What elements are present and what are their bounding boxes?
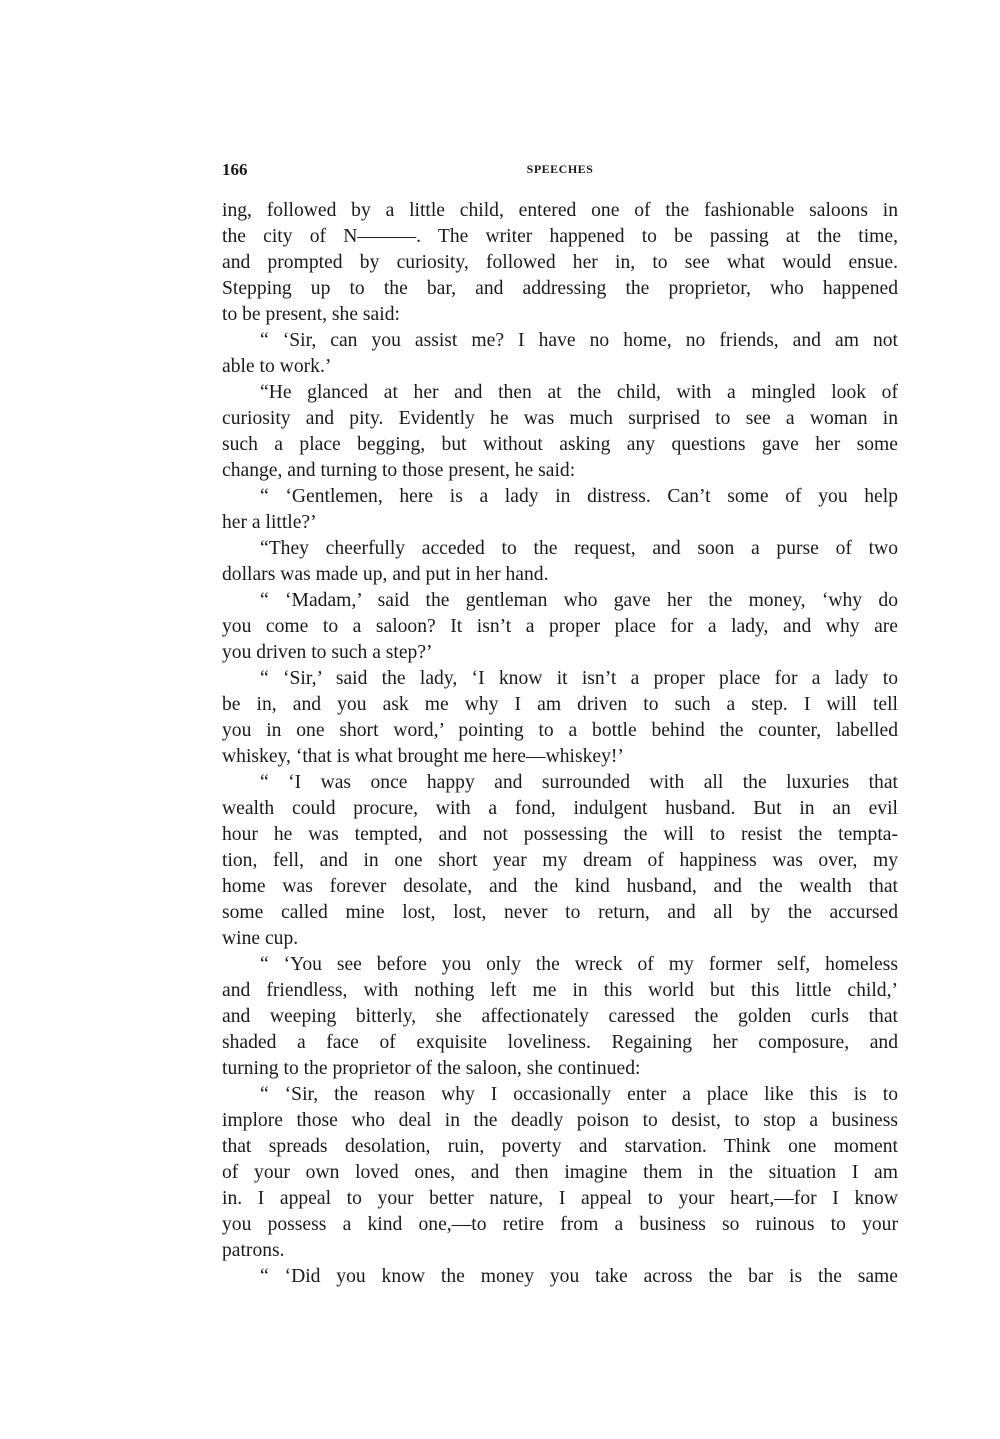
running-head: 166 SPEECHES — [222, 160, 898, 184]
text-line: “ ‘Did you know the money you take acros… — [222, 1264, 898, 1290]
text-line: whiskey, ‘that is what brought me here—w… — [222, 744, 898, 770]
text-line: you in one short word,’ pointing to a bo… — [222, 718, 898, 744]
text-line: and weeping bitterly, she affectionately… — [222, 1004, 898, 1030]
text-line: tion, fell, and in one short year my dre… — [222, 848, 898, 874]
text-line: “They cheerfully acceded to the request,… — [222, 536, 898, 562]
text-line: “ ‘Sir, the reason why I occasionally en… — [222, 1082, 898, 1108]
text-line: able to work.’ — [222, 354, 898, 380]
text-line: the city of N———. The writer happened to… — [222, 224, 898, 250]
text-line: patrons. — [222, 1238, 898, 1264]
text-line: such a place begging, but without asking… — [222, 432, 898, 458]
text-line: her a little?’ — [222, 510, 898, 536]
text-line: curiosity and pity. Evidently he was muc… — [222, 406, 898, 432]
text-line: and prompted by curiosity, followed her … — [222, 250, 898, 276]
text-line: “ ‘Sir, can you assist me? I have no hom… — [222, 328, 898, 354]
text-line: some called mine lost, lost, never to re… — [222, 900, 898, 926]
text-line: shaded a face of exquisite loveliness. R… — [222, 1030, 898, 1056]
text-line: home was forever desolate, and the kind … — [222, 874, 898, 900]
book-page: 166 SPEECHES ing, followed by a little c… — [222, 160, 898, 1290]
text-line: you driven to such a step?’ — [222, 640, 898, 666]
text-line: that spreads desolation, ruin, poverty a… — [222, 1134, 898, 1160]
text-line: Stepping up to the bar, and addressing t… — [222, 276, 898, 302]
text-line: “ ‘Madam,’ said the gentleman who gave h… — [222, 588, 898, 614]
text-line: you possess a kind one,—to retire from a… — [222, 1212, 898, 1238]
running-title: SPEECHES — [222, 162, 898, 177]
text-line: “ ‘You see before you only the wreck of … — [222, 952, 898, 978]
text-line: “ ‘Gentlemen, here is a lady in distress… — [222, 484, 898, 510]
text-line: be in, and you ask me why I am driven to… — [222, 692, 898, 718]
text-line: of your own loved ones, and then imagine… — [222, 1160, 898, 1186]
text-line: ing, followed by a little child, entered… — [222, 198, 898, 224]
text-line: and friendless, with nothing left me in … — [222, 978, 898, 1004]
text-line: implore those who deal in the deadly poi… — [222, 1108, 898, 1134]
text-line: you come to a saloon? It isn’t a proper … — [222, 614, 898, 640]
text-line: “ ‘I was once happy and surrounded with … — [222, 770, 898, 796]
text-line: in. I appeal to your better nature, I ap… — [222, 1186, 898, 1212]
text-line: turning to the proprietor of the saloon,… — [222, 1056, 898, 1082]
text-line: “He glanced at her and then at the child… — [222, 380, 898, 406]
text-line: change, and turning to those present, he… — [222, 458, 898, 484]
text-line: wealth could procure, with a fond, indul… — [222, 796, 898, 822]
text-line: dollars was made up, and put in her hand… — [222, 562, 898, 588]
text-line: wine cup. — [222, 926, 898, 952]
text-line: to be present, she said: — [222, 302, 898, 328]
text-line: “ ‘Sir,’ said the lady, ‘I know it isn’t… — [222, 666, 898, 692]
text-line: hour he was tempted, and not possessing … — [222, 822, 898, 848]
body-text: ing, followed by a little child, entered… — [222, 198, 898, 1290]
